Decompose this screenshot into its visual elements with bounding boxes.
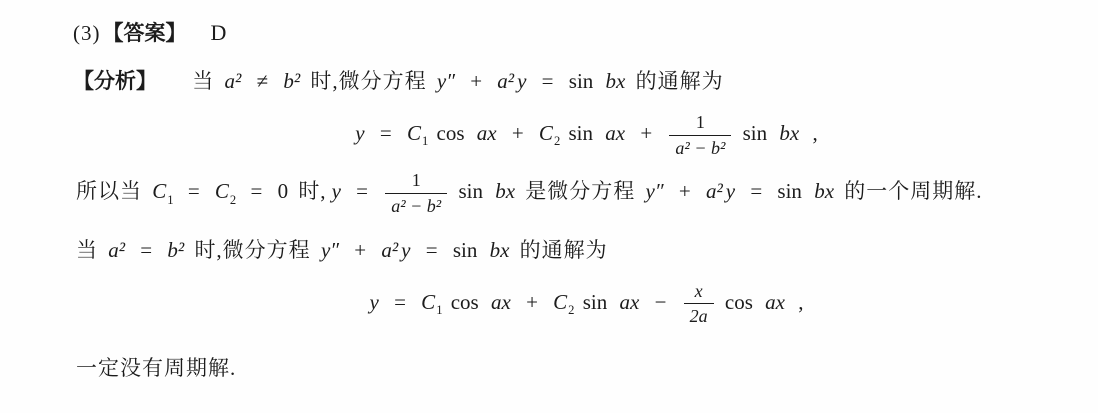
math-operator: = [188, 179, 200, 203]
math-var: b² [167, 238, 184, 262]
text-run: 当 [192, 69, 214, 93]
math-var: ax [491, 290, 511, 314]
math-function: sin [743, 121, 768, 145]
math-function: sin [453, 238, 478, 262]
math-operator: = [380, 121, 392, 145]
answer-value: D [211, 20, 227, 45]
math-var: bx [814, 179, 834, 203]
math-var: C [407, 121, 421, 145]
text-run: 是微分方程 [525, 179, 635, 203]
subscript-index: 2 [568, 303, 574, 317]
math-var: a² [225, 69, 242, 93]
analysis-case2-line: 当 a² = b² 时,微分方程 y″ + a²y = sin bx 的通解为 [73, 235, 1098, 265]
subscript-index: 1 [422, 134, 428, 148]
final-conclusion-line: 一定没有周期解. [73, 353, 1098, 383]
text-run: 时, [298, 179, 326, 203]
fraction: 1a² − b² [669, 112, 731, 158]
fraction-denominator: a² − b² [385, 193, 447, 217]
math-var: C [152, 179, 166, 203]
text-run: 一定没有周期解. [76, 356, 236, 380]
math-operator: + [679, 179, 691, 203]
math-function: cos [437, 121, 465, 145]
math-operator: + [640, 121, 652, 145]
math-var: bx [490, 238, 510, 262]
subscript-index: 2 [230, 193, 236, 207]
math-var: y [355, 121, 364, 145]
analysis-case1-line: 【分析】 当 a² ≠ b² 时,微分方程 y″ + a²y = sin bx … [73, 66, 1098, 96]
math-var: y [401, 238, 410, 262]
math-var: ax [477, 121, 497, 145]
answer-label: 【答案】 [103, 21, 187, 45]
fraction-numerator: 1 [406, 170, 427, 193]
math-operator: − [655, 290, 667, 314]
general-solution-1: y = C1 cos ax + C2 sin ax + 1a² − b² sin… [73, 112, 1098, 158]
analysis-label: 【分析】 [73, 69, 157, 93]
math-var: ax [619, 290, 639, 314]
text-run: 时,微分方程 [194, 238, 310, 262]
math-var: y″ [321, 238, 339, 262]
general-solution-2: y = C1 cos ax + C2 sin ax − x2a cos ax , [73, 281, 1098, 327]
math-var: bx [606, 69, 626, 93]
math-var: bx [779, 121, 799, 145]
punctuation: , [798, 290, 803, 314]
math-function: sin [777, 179, 802, 203]
math-var: y″ [646, 179, 664, 203]
math-var: C [553, 290, 567, 314]
subscript-index: 2 [554, 134, 560, 148]
math-operator: = [356, 179, 368, 203]
punctuation: , [812, 121, 817, 145]
math-function: cos [725, 290, 753, 314]
fraction: 1a² − b² [385, 170, 447, 216]
fraction-numerator: 1 [690, 112, 711, 135]
subscript-index: 1 [436, 303, 442, 317]
math-function: cos [451, 290, 479, 314]
math-var: b² [283, 69, 300, 93]
math-var: ax [765, 290, 785, 314]
math-operator: = [426, 238, 438, 262]
math-operator: = [394, 290, 406, 314]
math-var: ax [605, 121, 625, 145]
text-run: 的通解为 [520, 238, 608, 262]
math-operator: + [354, 238, 366, 262]
answer-line: (3)【答案】D [73, 18, 1098, 48]
math-var: a² [381, 238, 398, 262]
fraction-numerator: x [689, 281, 709, 304]
fraction: x2a [684, 281, 714, 327]
fraction-denominator: 2a [684, 303, 714, 327]
math-var: a² [497, 69, 514, 93]
math-function: sin [458, 179, 483, 203]
math-operator: + [512, 121, 524, 145]
subscript-index: 1 [167, 193, 173, 207]
math-function: sin [583, 290, 608, 314]
text-run: 的一个周期解. [844, 179, 982, 203]
math-var: C [539, 121, 553, 145]
periodic-solution-conclusion-line: 所以当 C1 = C2 = 0 时,y = 1a² − b² sin bx 是微… [73, 170, 1098, 216]
math-var: y [726, 179, 735, 203]
math-operator: = [140, 238, 152, 262]
math-function: sin [569, 69, 594, 93]
math-operator: = [250, 179, 262, 203]
text-run: 所以当 [76, 179, 142, 203]
solution-page: (3)【答案】D 【分析】 当 a² ≠ b² 时,微分方程 y″ + a²y … [0, 0, 1098, 413]
math-var: y″ [437, 69, 455, 93]
math-var: y [332, 179, 341, 203]
text-run: 当 [76, 238, 98, 262]
math-var: y [370, 290, 379, 314]
math-function: sin [568, 121, 593, 145]
item-number: (3) [73, 21, 101, 45]
fraction-denominator: a² − b² [669, 135, 731, 159]
text-run: 的通解为 [636, 69, 724, 93]
math-var: a² [108, 238, 125, 262]
math-number: 0 [278, 179, 289, 203]
math-var: a² [706, 179, 723, 203]
math-var: bx [495, 179, 515, 203]
text-run: 时,微分方程 [310, 69, 426, 93]
math-operator: + [526, 290, 538, 314]
math-operator: = [750, 179, 762, 203]
math-var: C [421, 290, 435, 314]
math-operator: ≠ [257, 69, 269, 93]
math-var: C [215, 179, 229, 203]
math-operator: = [542, 69, 554, 93]
math-var: y [517, 69, 526, 93]
math-operator: + [470, 69, 482, 93]
